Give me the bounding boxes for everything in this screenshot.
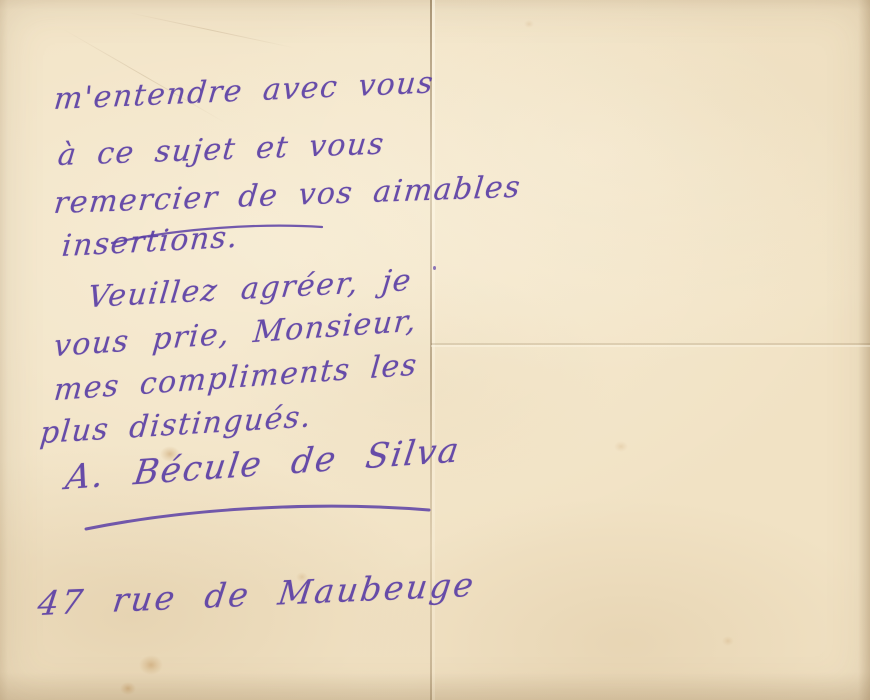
handwriting-line: m'entendre avec vous bbox=[52, 65, 435, 117]
handwriting-line: insertions. bbox=[60, 220, 240, 264]
address-line: 47 rue de Maubeuge bbox=[35, 565, 478, 623]
letter-scan: m'entendre avec vous à ce sujet et vous … bbox=[0, 0, 870, 700]
handwriting-line: remercier de vos aimables bbox=[52, 170, 523, 221]
handwriting-line: à ce sujet et vous bbox=[56, 127, 386, 174]
letter-body: m'entendre avec vous à ce sujet et vous … bbox=[0, 0, 870, 700]
